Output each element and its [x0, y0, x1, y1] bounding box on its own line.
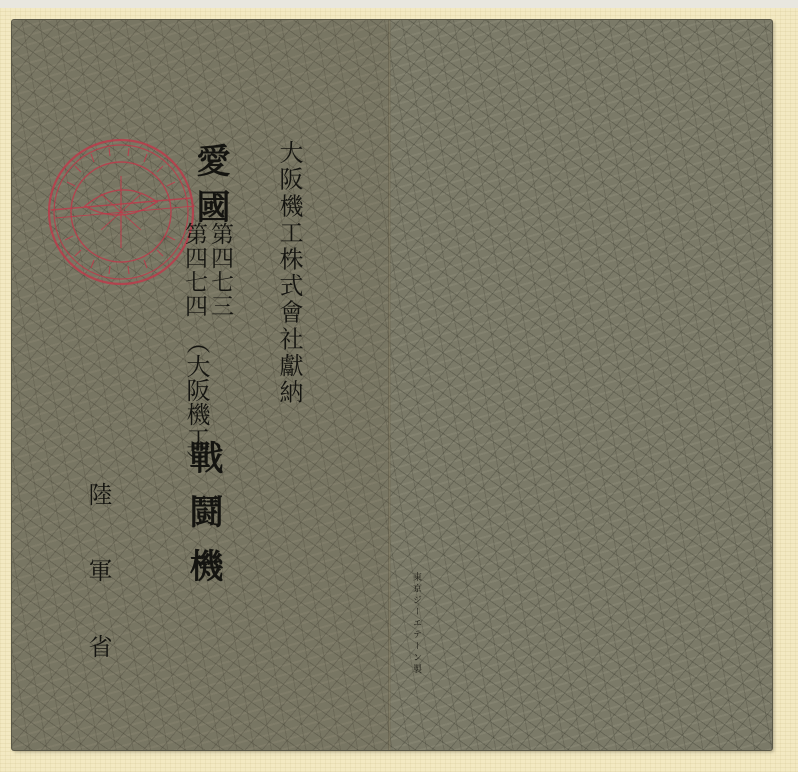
aircraft-number-474: 第四七四	[182, 222, 205, 318]
issuer-ministry: 陸軍省	[86, 482, 110, 710]
printer-imprint: 東京ジーエテーン製	[411, 572, 420, 676]
aircraft-number-473: 第四七三	[208, 222, 231, 318]
scan-top-strip	[0, 0, 798, 8]
document-cover	[12, 20, 772, 750]
aircraft-type: 戰鬪機	[186, 440, 220, 602]
seal-stamp-icon	[45, 136, 197, 288]
donor-text: 大阪機工株式會社獻納	[277, 140, 301, 406]
fold-line	[388, 20, 391, 750]
